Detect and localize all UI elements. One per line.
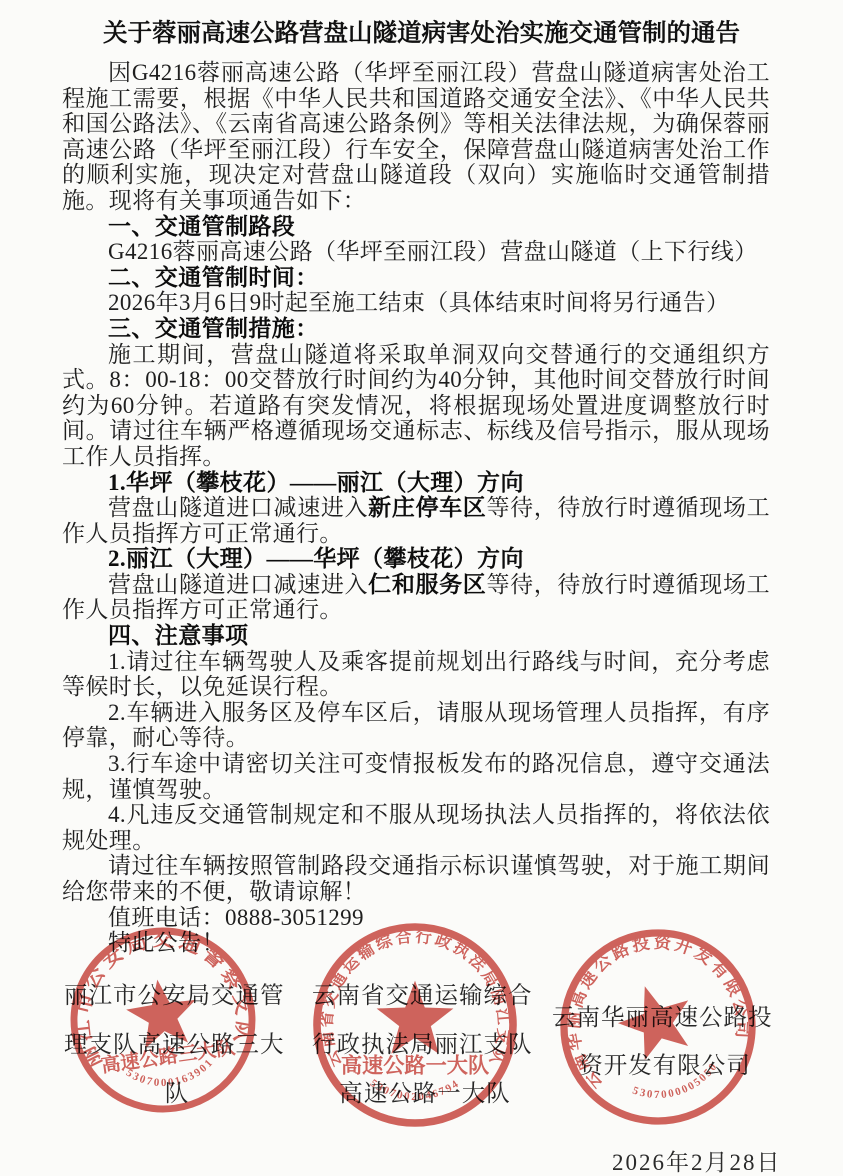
emphasized-text: 二、交通管制时间： [108,265,319,290]
emphasized-text: 仁和服务区 [368,572,486,597]
section-heading: 二、交通管制时间： [62,265,770,291]
text-segment: 因G4216蓉丽高速公路（华坪至丽江段）营盘山隧道病害处治工程施工需要，根据《中… [62,60,770,213]
text-segment: 4.凡违反交通管制规定和不服从现场执法人员指挥的，将依法依规处理。 [62,802,770,853]
text-segment: 2.车辆进入服务区及停车区后，请服从现场管理人员指挥，有序停靠，耐心等待。 [62,700,770,751]
body-paragraph: 营盘山隧道进口减速进入新庄停车区等待，待放行时遵循现场工作人员指挥方可正常通行。 [62,495,770,546]
emphasized-text: 1.华坪（攀枝花）——丽江（大理）方向 [108,470,524,495]
text-segment: G4216蓉丽高速公路（华坪至丽江段）营盘山隧道（上下行线） [108,239,758,264]
signature-column-1: 丽江市公安局交通管理支队高速公路三大队 [64,976,290,1123]
signature-column-2: 云南省交通运输综合行政执法局丽江支队高速公路一大队 [312,976,538,1123]
emphasized-text: 新庄停车区 [368,495,486,520]
emphasized-text: 三、交通管制措施： [108,316,319,341]
signature-line: 云南华丽高速公路投 [552,998,778,1046]
emphasized-text: 2.丽江（大理）——华坪（攀枝花）方向 [108,546,524,571]
notice-document: 关于蓉丽高速公路营盘山隧道病害处治实施交通管制的通告 因G4216蓉丽高速公路（… [0,0,843,1176]
signature-line: 云南省交通运输综合 [312,976,538,1025]
notice-title: 关于蓉丽高速公路营盘山隧道病害处治实施交通管制的通告 [0,0,843,50]
text-segment: 值班电话：0888-3051299 [108,905,364,930]
body-paragraph: G4216蓉丽高速公路（华坪至丽江段）营盘山隧道（上下行线） [62,239,770,265]
section-heading: 三、交通管制措施： [62,316,770,342]
emphasized-text: 一、交通管制路段 [108,214,295,239]
body-paragraph: 因G4216蓉丽高速公路（华坪至丽江段）营盘山隧道病害处治工程施工需要，根据《中… [62,60,770,214]
text-segment: 3.行车途中请密切关注可变情报板发布的路况信息，遵守交通法规，谨慎驾驶。 [62,751,770,802]
section-heading: 四、注意事项 [62,623,770,649]
issue-date: 2026年2月28日 [612,1144,782,1176]
signature-line: 行政执法局丽江支队 [312,1025,538,1074]
body-paragraph: 请过往车辆按照管制路段交通指示标识谨慎驾驶，对于施工期间给您带来的不便，敬请谅解… [62,853,770,904]
signature-line: 资开发有限公司 [552,1046,778,1094]
body-paragraph: 3.行车途中请密切关注可变情报板发布的路况信息，遵守交通法规，谨慎驾驶。 [62,751,770,802]
body-paragraph: 2.车辆进入服务区及停车区后，请服从现场管理人员指挥，有序停靠，耐心等待。 [62,700,770,751]
signature-line: 丽江市公安局交通管 [64,976,290,1025]
text-segment: 营盘山隧道进口减速进入 [108,572,368,597]
notice-body: 因G4216蓉丽高速公路（华坪至丽江段）营盘山隧道病害处治工程施工需要，根据《中… [62,60,770,956]
text-segment: 请过往车辆按照管制路段交通指示标识谨慎驾驶，对于施工期间给您带来的不便，敬请谅解… [62,853,770,904]
text-segment: 施工期间，营盘山隧道将采取单洞双向交替通行的交通组织方式。8：00-18：00交… [62,342,770,469]
section-heading: 一、交通管制路段 [62,214,770,240]
text-segment: 特此公告！ [108,930,225,955]
body-paragraph: 特此公告！ [62,930,770,956]
text-segment: 营盘山隧道进口减速进入 [108,495,368,520]
text-segment: 2026年3月6日9时起至施工结束（具体结束时间将另行通告） [108,290,730,315]
section-heading: 1.华坪（攀枝花）——丽江（大理）方向 [62,470,770,496]
signature-line: 理支队高速公路三大 [64,1025,290,1074]
signature-line: 队 [64,1074,290,1123]
signature-line: 高速公路一大队 [312,1074,538,1123]
body-paragraph: 4.凡违反交通管制规定和不服从现场执法人员指挥的，将依法依规处理。 [62,802,770,853]
body-paragraph: 1.请过往车辆驾驶人及乘客提前规划出行路线与时间，充分考虑等候时长，以免延误行程… [62,649,770,700]
body-paragraph: 值班电话：0888-3051299 [62,905,770,931]
body-paragraph: 2026年3月6日9时起至施工结束（具体结束时间将另行通告） [62,290,770,316]
text-segment: 1.请过往车辆驾驶人及乘客提前规划出行路线与时间，充分考虑等候时长，以免延误行程… [62,649,770,700]
body-paragraph: 营盘山隧道进口减速进入仁和服务区等待，待放行时遵循现场工作人员指挥方可正常通行。 [62,572,770,623]
signature-column-3: 云南华丽高速公路投资开发有限公司 [552,998,778,1094]
emphasized-text: 四、注意事项 [108,623,248,648]
section-heading: 2.丽江（大理）——华坪（攀枝花）方向 [62,546,770,572]
body-paragraph: 施工期间，营盘山隧道将采取单洞双向交替通行的交通组织方式。8：00-18：00交… [62,342,770,470]
